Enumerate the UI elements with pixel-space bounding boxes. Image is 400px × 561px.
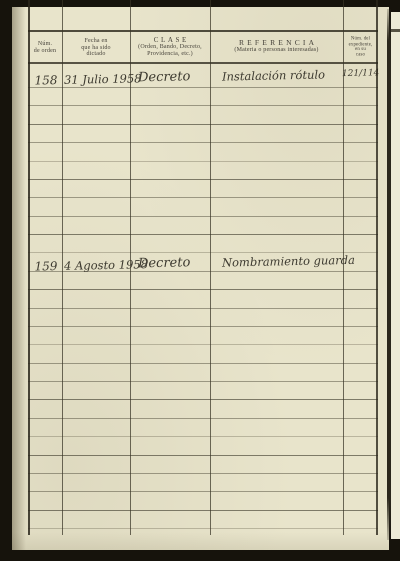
table-row — [28, 143, 378, 161]
column-header-num-orden: Núm. de orden — [28, 32, 62, 64]
entry-clase: Decreto — [138, 65, 210, 91]
header-line: de orden — [28, 48, 62, 55]
table-row — [28, 492, 378, 510]
adjacent-page-rule — [391, 29, 400, 32]
entry-num: 159 — [30, 257, 62, 276]
table-row — [28, 456, 378, 474]
table-row — [28, 198, 378, 216]
table-row — [28, 400, 378, 418]
table-row — [28, 309, 378, 327]
table-row — [28, 125, 378, 143]
header-line: Fecha en — [62, 38, 130, 45]
table-rule — [130, 0, 131, 535]
table-rule-right — [376, 0, 378, 535]
column-header-fecha: Fecha en que ha sido dictado — [62, 32, 130, 64]
table-row — [28, 364, 378, 382]
table-row — [28, 474, 378, 492]
entry-expediente: 121/114 — [342, 61, 378, 86]
header-line: (Materia o personas interesadas) — [210, 47, 343, 54]
table-header: Núm. de orden Fecha en que ha sido dicta… — [28, 32, 378, 64]
table-row — [28, 162, 378, 180]
table-row — [28, 345, 378, 363]
header-line: Núm. — [28, 41, 62, 48]
entry-expediente — [342, 251, 378, 252]
table-body: 15831 Julio 1958DecretoInstalación rótul… — [28, 64, 378, 529]
header-title: CLASE — [130, 36, 210, 44]
header-line: (Orden, Bando, Decreto, — [130, 44, 210, 51]
table-row — [28, 290, 378, 308]
table-rule — [62, 0, 63, 535]
ledger-page: Núm. de orden Fecha en que ha sido dicta… — [12, 7, 389, 550]
header-line: caso — [347, 52, 375, 57]
table-rule-left — [28, 0, 30, 535]
adjacent-page-sliver — [391, 12, 400, 539]
entry-referencia: Instalación rótulo — [222, 62, 343, 89]
register-table: Núm. de orden Fecha en que ha sido dicta… — [28, 30, 378, 529]
table-row — [28, 437, 378, 455]
entry-fecha: 31 Julio 1958 — [64, 67, 130, 92]
header-line: que ha sido — [62, 45, 130, 52]
entry-num: 158 — [30, 68, 62, 93]
table-row — [28, 419, 378, 437]
header-line: Providencia, etc.) — [130, 51, 210, 58]
entry-clase: Decreto — [138, 254, 210, 274]
entry-referencia: Nombramiento guarda — [222, 251, 343, 272]
column-header-clase: CLASE (Orden, Bando, Decreto, Providenci… — [130, 32, 210, 64]
table-row — [28, 511, 378, 529]
table-row — [28, 382, 378, 400]
entry-fecha: 4 Agosto 1958 — [64, 256, 130, 276]
table-rule — [210, 0, 211, 535]
table-row — [28, 327, 378, 345]
table-row — [28, 217, 378, 235]
table-row — [28, 106, 378, 124]
column-header-referencia: REFERENCIA (Materia o personas interesad… — [210, 32, 343, 64]
table-row — [28, 180, 378, 198]
column-header-expediente: Núm. del expediente, en su caso — [347, 35, 375, 61]
header-title: REFERENCIA — [210, 38, 343, 47]
table-rule — [343, 0, 344, 535]
header-line: dictado — [62, 51, 130, 58]
